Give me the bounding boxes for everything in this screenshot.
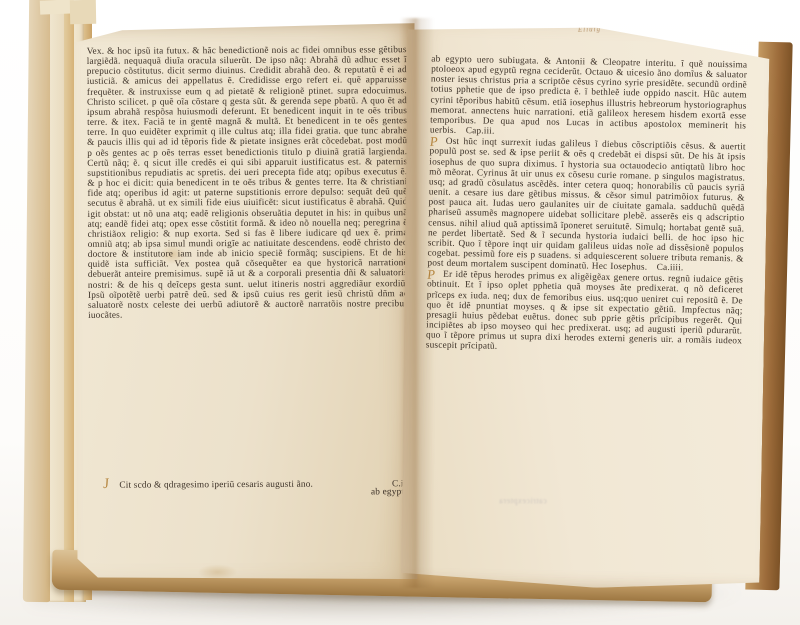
left-page-text: Vex. & hoc ipsũ ita futux. & hãc benedic… — [87, 45, 409, 467]
left-page: Vex. & hoc ipsũ ita futux. & hãc benedic… — [75, 23, 418, 581]
paragraph: POst hũc inqt surrexit iudas galileus ĩ … — [427, 137, 745, 275]
page-edge-deckle — [70, 0, 96, 24]
gutter-shadow — [400, 18, 434, 588]
paragraph-text: Er idẽ tẽpus herodes primus ex aligẽigẽa… — [426, 270, 743, 352]
right-page-text: ab egypto uero subiugata. & Antonii & Cl… — [422, 54, 747, 530]
paragraph: PEr idẽ tẽpus herodes primus ex aligẽigẽ… — [426, 270, 744, 357]
handwritten-annotation: Eliuig — [578, 25, 601, 34]
right-page: Eliuig Etrot catricexptera ab egypto uer… — [397, 24, 770, 591]
paragraph: ab egypto uero subiugata. & Antonii & Cl… — [430, 54, 748, 141]
photo-background: Vex. & hoc ipsũ ita futux. & hãc benedic… — [0, 0, 800, 625]
catchword: ab egypto — [89, 487, 409, 499]
paragraph-text: ab egypto uero subiugata. & Antonii & Cl… — [430, 54, 747, 136]
foxing-spot — [197, 564, 237, 580]
paragraph-text: Ost hũc inqt surrexit iudas galileus ĩ d… — [427, 137, 745, 273]
